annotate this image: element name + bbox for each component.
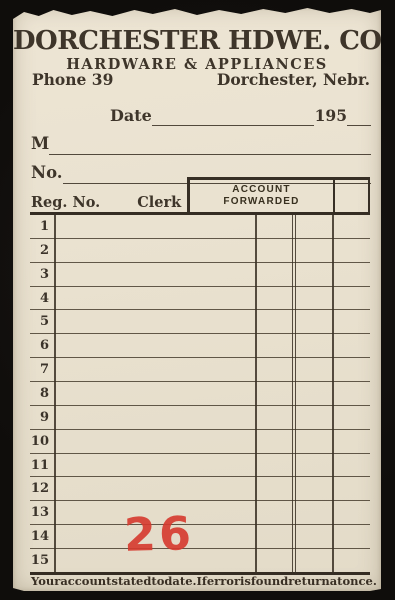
row-number: 6 <box>30 338 54 353</box>
footer-word: Your <box>31 574 60 588</box>
footer-word: account <box>60 574 111 588</box>
number-label: No. <box>31 162 63 184</box>
row-number: 10 <box>30 434 54 449</box>
row-number: 12 <box>30 481 54 496</box>
table-row: 4 <box>30 287 370 311</box>
amount-column-line <box>255 215 257 572</box>
line-items-table: 1 2 3 4 5 6 7 8 9 10 11 12 13 14 15 <box>30 212 370 575</box>
contact-row: Phone 39 Dorchester, Nebr. <box>32 70 370 89</box>
footer-word: at <box>330 574 343 588</box>
reg-no-label: Reg. No. <box>31 193 100 213</box>
table-row: 3 <box>30 263 370 287</box>
row-number: 13 <box>30 505 54 520</box>
row-number: 11 <box>30 458 54 473</box>
row-number: 8 <box>30 386 54 401</box>
dollars-column-line-outer <box>292 215 293 572</box>
row-number: 9 <box>30 410 54 425</box>
table-row: 9 <box>30 406 370 430</box>
red-number-stamp: 26 <box>123 510 194 558</box>
year-blank-line <box>347 106 371 126</box>
table-row: 11 <box>30 454 370 478</box>
row-number: 4 <box>30 291 54 306</box>
table-row: 14 <box>30 525 370 549</box>
footer-word: error <box>207 574 240 588</box>
footer-word: once. <box>342 574 376 588</box>
row-number: 3 <box>30 267 54 282</box>
row-number: 14 <box>30 529 54 544</box>
footer-word: return <box>288 574 329 588</box>
year-prefix: 195 <box>315 105 347 126</box>
company-name: DORCHESTER HDWE. CO. <box>13 26 381 56</box>
table-row: 10 <box>30 430 370 454</box>
row-number: 2 <box>30 243 54 258</box>
row-number: 1 <box>30 219 54 234</box>
table-row: 2 <box>30 239 370 263</box>
company-location: Dorchester, Nebr. <box>217 70 370 89</box>
clerk-label: Clerk <box>137 193 181 213</box>
dollars-column-line-inner <box>295 215 296 572</box>
table-row: 5 <box>30 310 370 334</box>
line-items-body: 1 2 3 4 5 6 7 8 9 10 11 12 13 14 15 <box>30 215 370 572</box>
footer-word: found <box>251 574 288 588</box>
row-number: 15 <box>30 553 54 568</box>
footer-word: is <box>240 574 251 588</box>
footer-word: If <box>197 574 207 588</box>
date-field: Date 195 <box>110 105 371 126</box>
account-forwarded-box: ACCOUNT FORWARDED <box>187 177 370 212</box>
register-clerk-field: Reg. No. Clerk <box>31 193 187 213</box>
account-box-divider <box>333 180 335 212</box>
scanned-receipt: DORCHESTER HDWE. CO. HARDWARE & APPLIANC… <box>0 0 395 600</box>
table-row: 12 <box>30 477 370 501</box>
footer-notice: Youraccountstatedtodate.Iferrorisfoundre… <box>31 574 370 588</box>
footer-word: to <box>151 574 164 588</box>
number-column-line <box>54 215 56 572</box>
date-blank-line <box>152 106 314 126</box>
table-row: 8 <box>30 382 370 406</box>
table-row: 15 <box>30 549 370 572</box>
footer-word: stated <box>111 574 151 588</box>
row-number: 7 <box>30 362 54 377</box>
reg-no-blank-line <box>100 195 132 213</box>
date-label: Date <box>110 105 152 126</box>
footer-word: date. <box>164 574 196 588</box>
addressee-field: M <box>31 133 371 155</box>
table-row: 6 <box>30 334 370 358</box>
addressee-label: M <box>31 133 49 155</box>
table-row: 7 <box>30 358 370 382</box>
account-forwarded-cell: ACCOUNT FORWARDED <box>190 180 333 212</box>
addressee-blank-line <box>49 135 371 155</box>
account-forwarded-label: ACCOUNT FORWARDED <box>210 184 314 208</box>
phone-number: Phone 39 <box>32 70 113 89</box>
table-row: 13 <box>30 501 370 525</box>
row-number: 5 <box>30 314 54 329</box>
cents-column-line <box>332 215 334 572</box>
table-row: 1 <box>30 215 370 239</box>
receipt-paper: DORCHESTER HDWE. CO. HARDWARE & APPLIANC… <box>13 7 381 591</box>
